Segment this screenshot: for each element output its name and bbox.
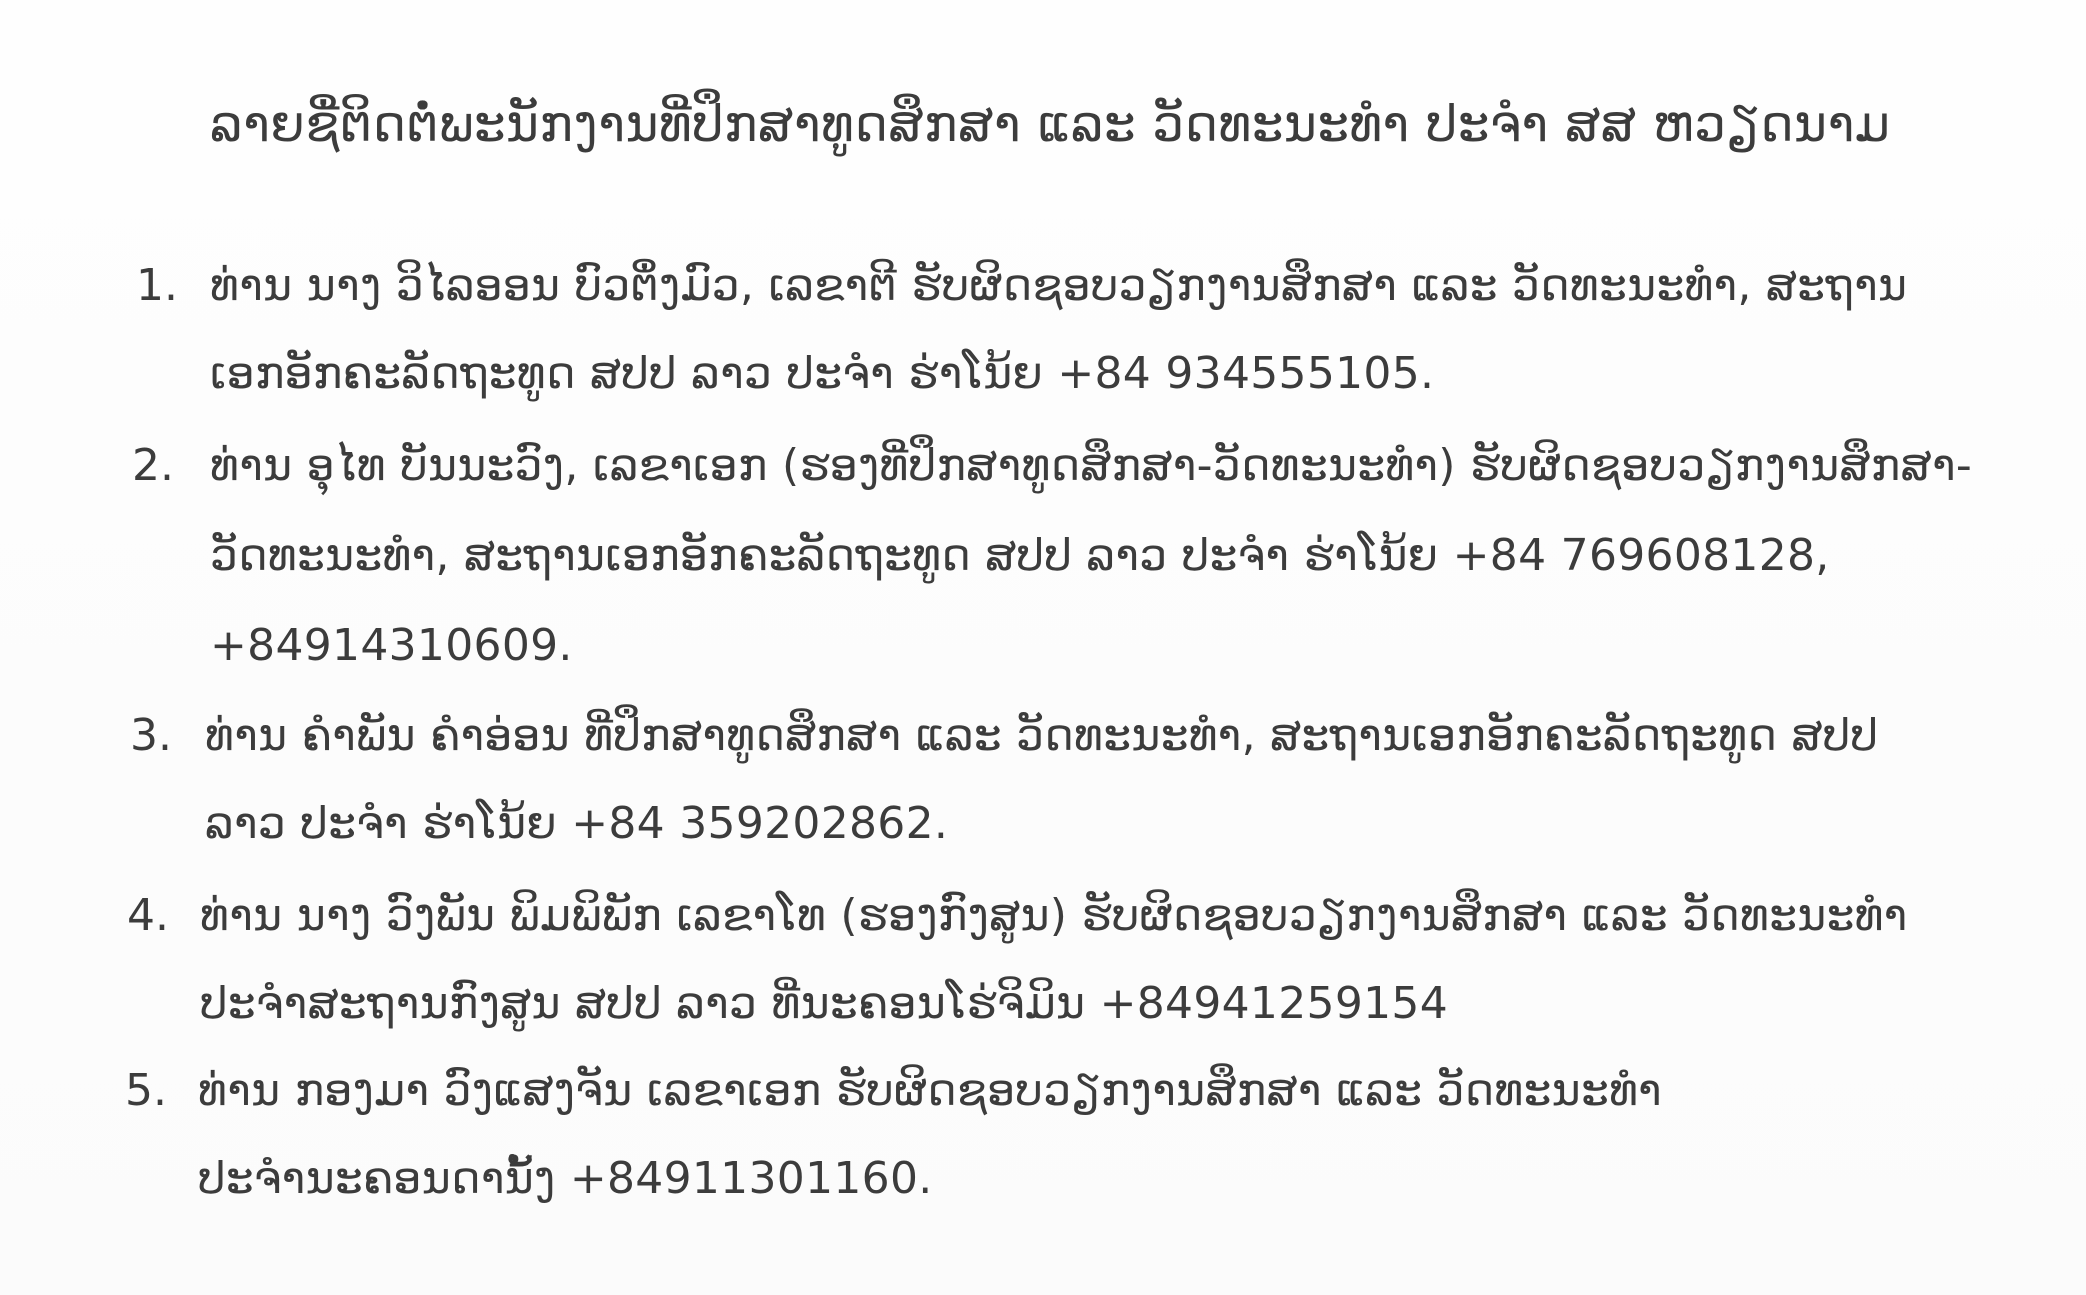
item-text-line: ທ່ານ ຄຳພັນ ຄຳອ່ອນ ທີ່ປຶກສາທູດສຶກສາ ແລະ ວ… — [205, 710, 1878, 761]
item-text-line: ວັດທະນະທຳ, ສະຖານເອກອັກຄະລັດຖະທູດ ສປປ ລາວ… — [210, 530, 1830, 581]
item-text-line: ປະຈຳນະຄອນດານັ້ງ +84911301160. — [198, 1153, 933, 1204]
item-text-line: ທ່ານ ນາງ ວົງພັນ ພິມພິພັກ ເລຂາໂທ (ຮອງກົງສ… — [200, 890, 1908, 941]
item-text-line: ລາວ ປະຈຳ ຮ່າໂນ້ຍ +84 359202862. — [205, 798, 948, 849]
item-number: 1. — [136, 260, 178, 311]
item-text-line: ເອກອັກຄະລັດຖະທູດ ສປປ ລາວ ປະຈຳ ຮ່າໂນ້ຍ +8… — [210, 348, 1434, 399]
item-text-line: ປະຈຳສະຖານກົງສູນ ສປປ ລາວ ທີ່ນະຄອນໂຮ່ຈິມິນ… — [200, 978, 1448, 1029]
item-text-line: ທ່ານ ກອງມາ ວົງແສງຈັນ ເລຂາເອກ ຮັບຜິດຊອບວຽ… — [198, 1065, 1662, 1116]
item-number: 3. — [130, 710, 172, 761]
document-page: ລາຍຊື່ຕິດຕໍ່ພະນັກງານທີ່ປຶກສາທູດສຶກສາ ແລະ… — [0, 0, 2086, 1295]
item-number: 2. — [132, 440, 174, 491]
item-number: 5. — [125, 1065, 167, 1116]
document-title: ລາຍຊື່ຕິດຕໍ່ພະນັກງານທີ່ປຶກສາທູດສຶກສາ ແລະ… — [210, 95, 1891, 153]
item-text-line: ທ່ານ ນາງ ວິໄລອອນ ບົວຕຶ່ງມົວ, ເລຂາຕີ ຮັບຜ… — [210, 260, 1907, 311]
item-number: 4. — [127, 890, 169, 941]
item-text-line: ທ່ານ ອຸໄທ ບັນນະວົງ, ເລຂາເອກ (ຮອງທີ່ປຶກສາ… — [210, 440, 1972, 491]
item-text-line: +84914310609. — [210, 620, 573, 671]
